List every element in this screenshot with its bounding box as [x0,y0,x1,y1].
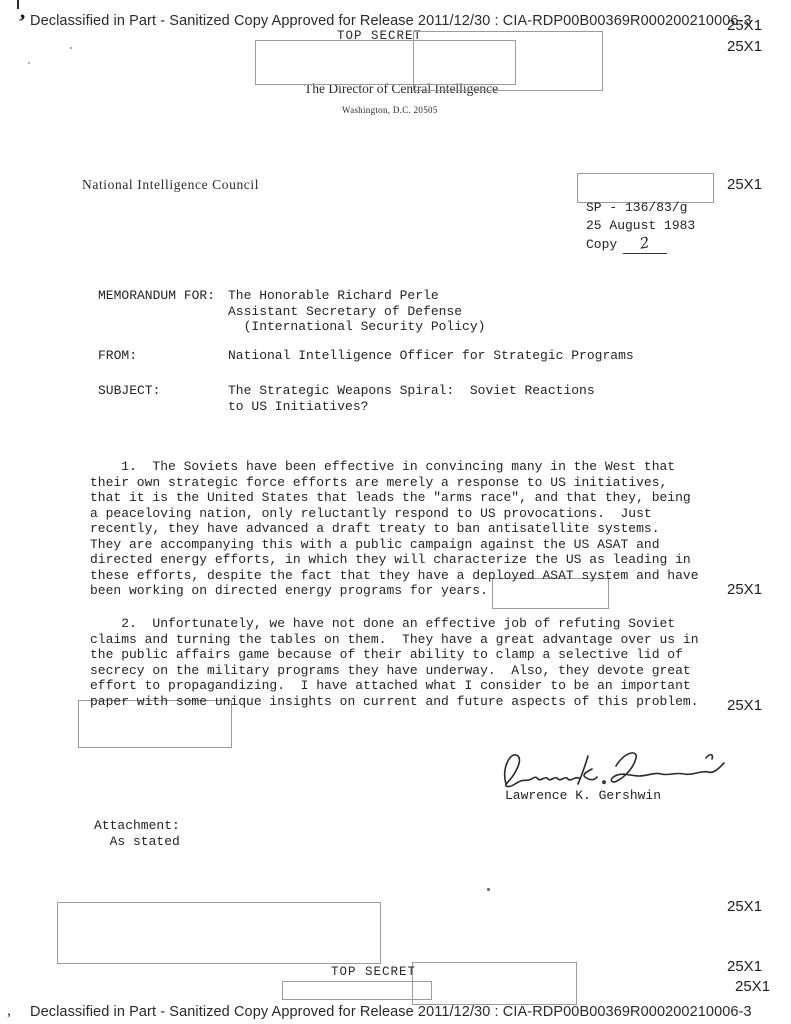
release-stamp-bottom: Declassified in Part - Sanitized Copy Ap… [30,1004,752,1020]
memo-from-value: National Intelligence Officer for Strate… [228,348,634,364]
margin-code-6: 25X1 [727,898,762,915]
scan-artifact-comma: , [7,1002,11,1020]
classification-banner-bottom: TOP SECRET [331,965,416,979]
letterhead-address-line: Washington, D.C. 20505 [342,105,438,115]
redaction-box-8 [282,981,432,1000]
redaction-box-3 [577,173,714,203]
redaction-box-6 [57,902,381,964]
scan-artifact-dot [28,62,30,64]
margin-code-1: 25X1 [727,17,762,34]
margin-code-7: 25X1 [727,958,762,975]
document-page: , , Declassified in Part - Sanitized Cop… [0,0,791,1024]
body-paragraph-1: 1. The Soviets have been effective in co… [90,459,699,599]
doc-copy-line: Copy2 [586,236,667,254]
doc-date: 25 August 1983 [586,218,695,234]
scan-artifact-dot [70,47,72,49]
memo-to-label: MEMORANDUM FOR: [98,288,215,304]
release-stamp-top: Declassified in Part - Sanitized Copy Ap… [30,13,752,29]
letterhead-office: National Intelligence Council [82,177,259,193]
doc-serial: SP - 136/83/g [586,200,687,216]
memo-to-value: The Honorable Richard Perle Assistant Se… [228,288,485,335]
scan-artifact-comma: , [18,0,29,24]
scan-artifact-dot [487,888,490,891]
memo-subject-value: The Strategic Weapons Spiral: Soviet Rea… [228,383,595,414]
margin-code-8: 25X1 [735,978,770,995]
margin-code-2: 25X1 [727,38,762,55]
margin-code-5: 25X1 [727,697,762,714]
memo-from-label: FROM: [98,348,137,364]
memo-subject-label: SUBJECT: [98,383,160,399]
copy-number-underline: 2 [623,236,667,254]
margin-code-3: 25X1 [727,176,762,193]
redaction-box-7 [412,962,577,1005]
margin-code-4: 25X1 [727,581,762,598]
attachment-note: Attachment: As stated [94,818,180,849]
handwritten-copy-number: 2 [639,235,651,252]
copy-label: Copy [586,237,617,252]
signature-typed-name: Lawrence K. Gershwin [505,788,661,804]
scan-artifact-tick [17,0,19,9]
body-paragraph-2: 2. Unfortunately, we have not done an ef… [90,616,699,709]
redaction-box-2 [413,31,603,91]
handwritten-signature-icon [498,744,726,794]
